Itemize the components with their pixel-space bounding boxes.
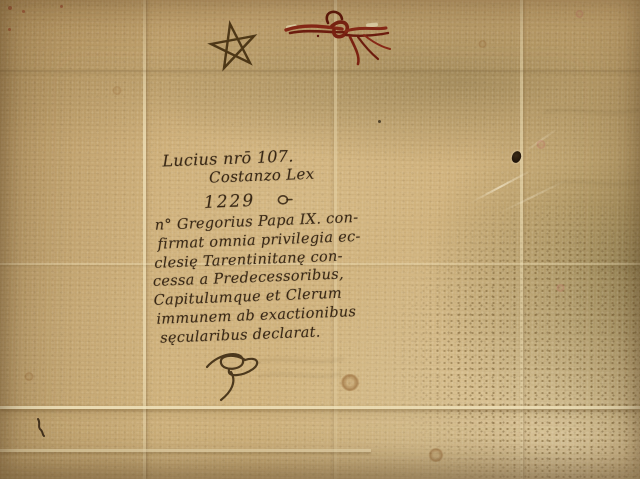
stain-spot (24, 372, 34, 381)
stain-spot (556, 284, 565, 292)
year-value: 1229 (204, 191, 256, 213)
ink-squiggle-mark (34, 418, 48, 438)
stain-spot (575, 10, 584, 18)
fold-line-horizontal-top (0, 70, 640, 72)
fold-line-horizontal-bottom (0, 449, 371, 452)
ink-dot (60, 5, 63, 8)
crease-scratch (500, 181, 564, 213)
parchment-document-photo: Lucius nrō 107. Costanzo Lex 1229 n° Gre… (0, 0, 640, 479)
archival-annotations: Lucius nrō 107. Costanzo Lex 1229 n° Gre… (148, 143, 395, 349)
crease-scratch (471, 171, 528, 203)
crease-scratch (523, 129, 557, 154)
stain-spot (340, 374, 360, 391)
ink-dot (8, 28, 11, 31)
stain-spot (428, 448, 444, 462)
ink-dot (8, 6, 12, 10)
fold-line-vertical-right (520, 0, 523, 479)
cord-slit (366, 22, 378, 27)
ink-speck (378, 120, 381, 123)
stain-spot (478, 40, 487, 48)
ink-dot (22, 10, 25, 13)
summary-paragraph: n° Gregorius Papa IX. con- firmat omnia … (150, 208, 395, 349)
notary-flourish-icon (195, 345, 265, 405)
circle-dash-mark-icon (277, 193, 293, 206)
fold-line-horizontal-lower (0, 406, 640, 409)
seal-cord-icon (282, 6, 394, 68)
fold-line-vertical-left (143, 0, 146, 479)
stain-spot (112, 86, 122, 95)
parchment-hole (510, 150, 523, 164)
pentagram-star-icon (204, 16, 264, 74)
stain-spot (536, 140, 546, 149)
